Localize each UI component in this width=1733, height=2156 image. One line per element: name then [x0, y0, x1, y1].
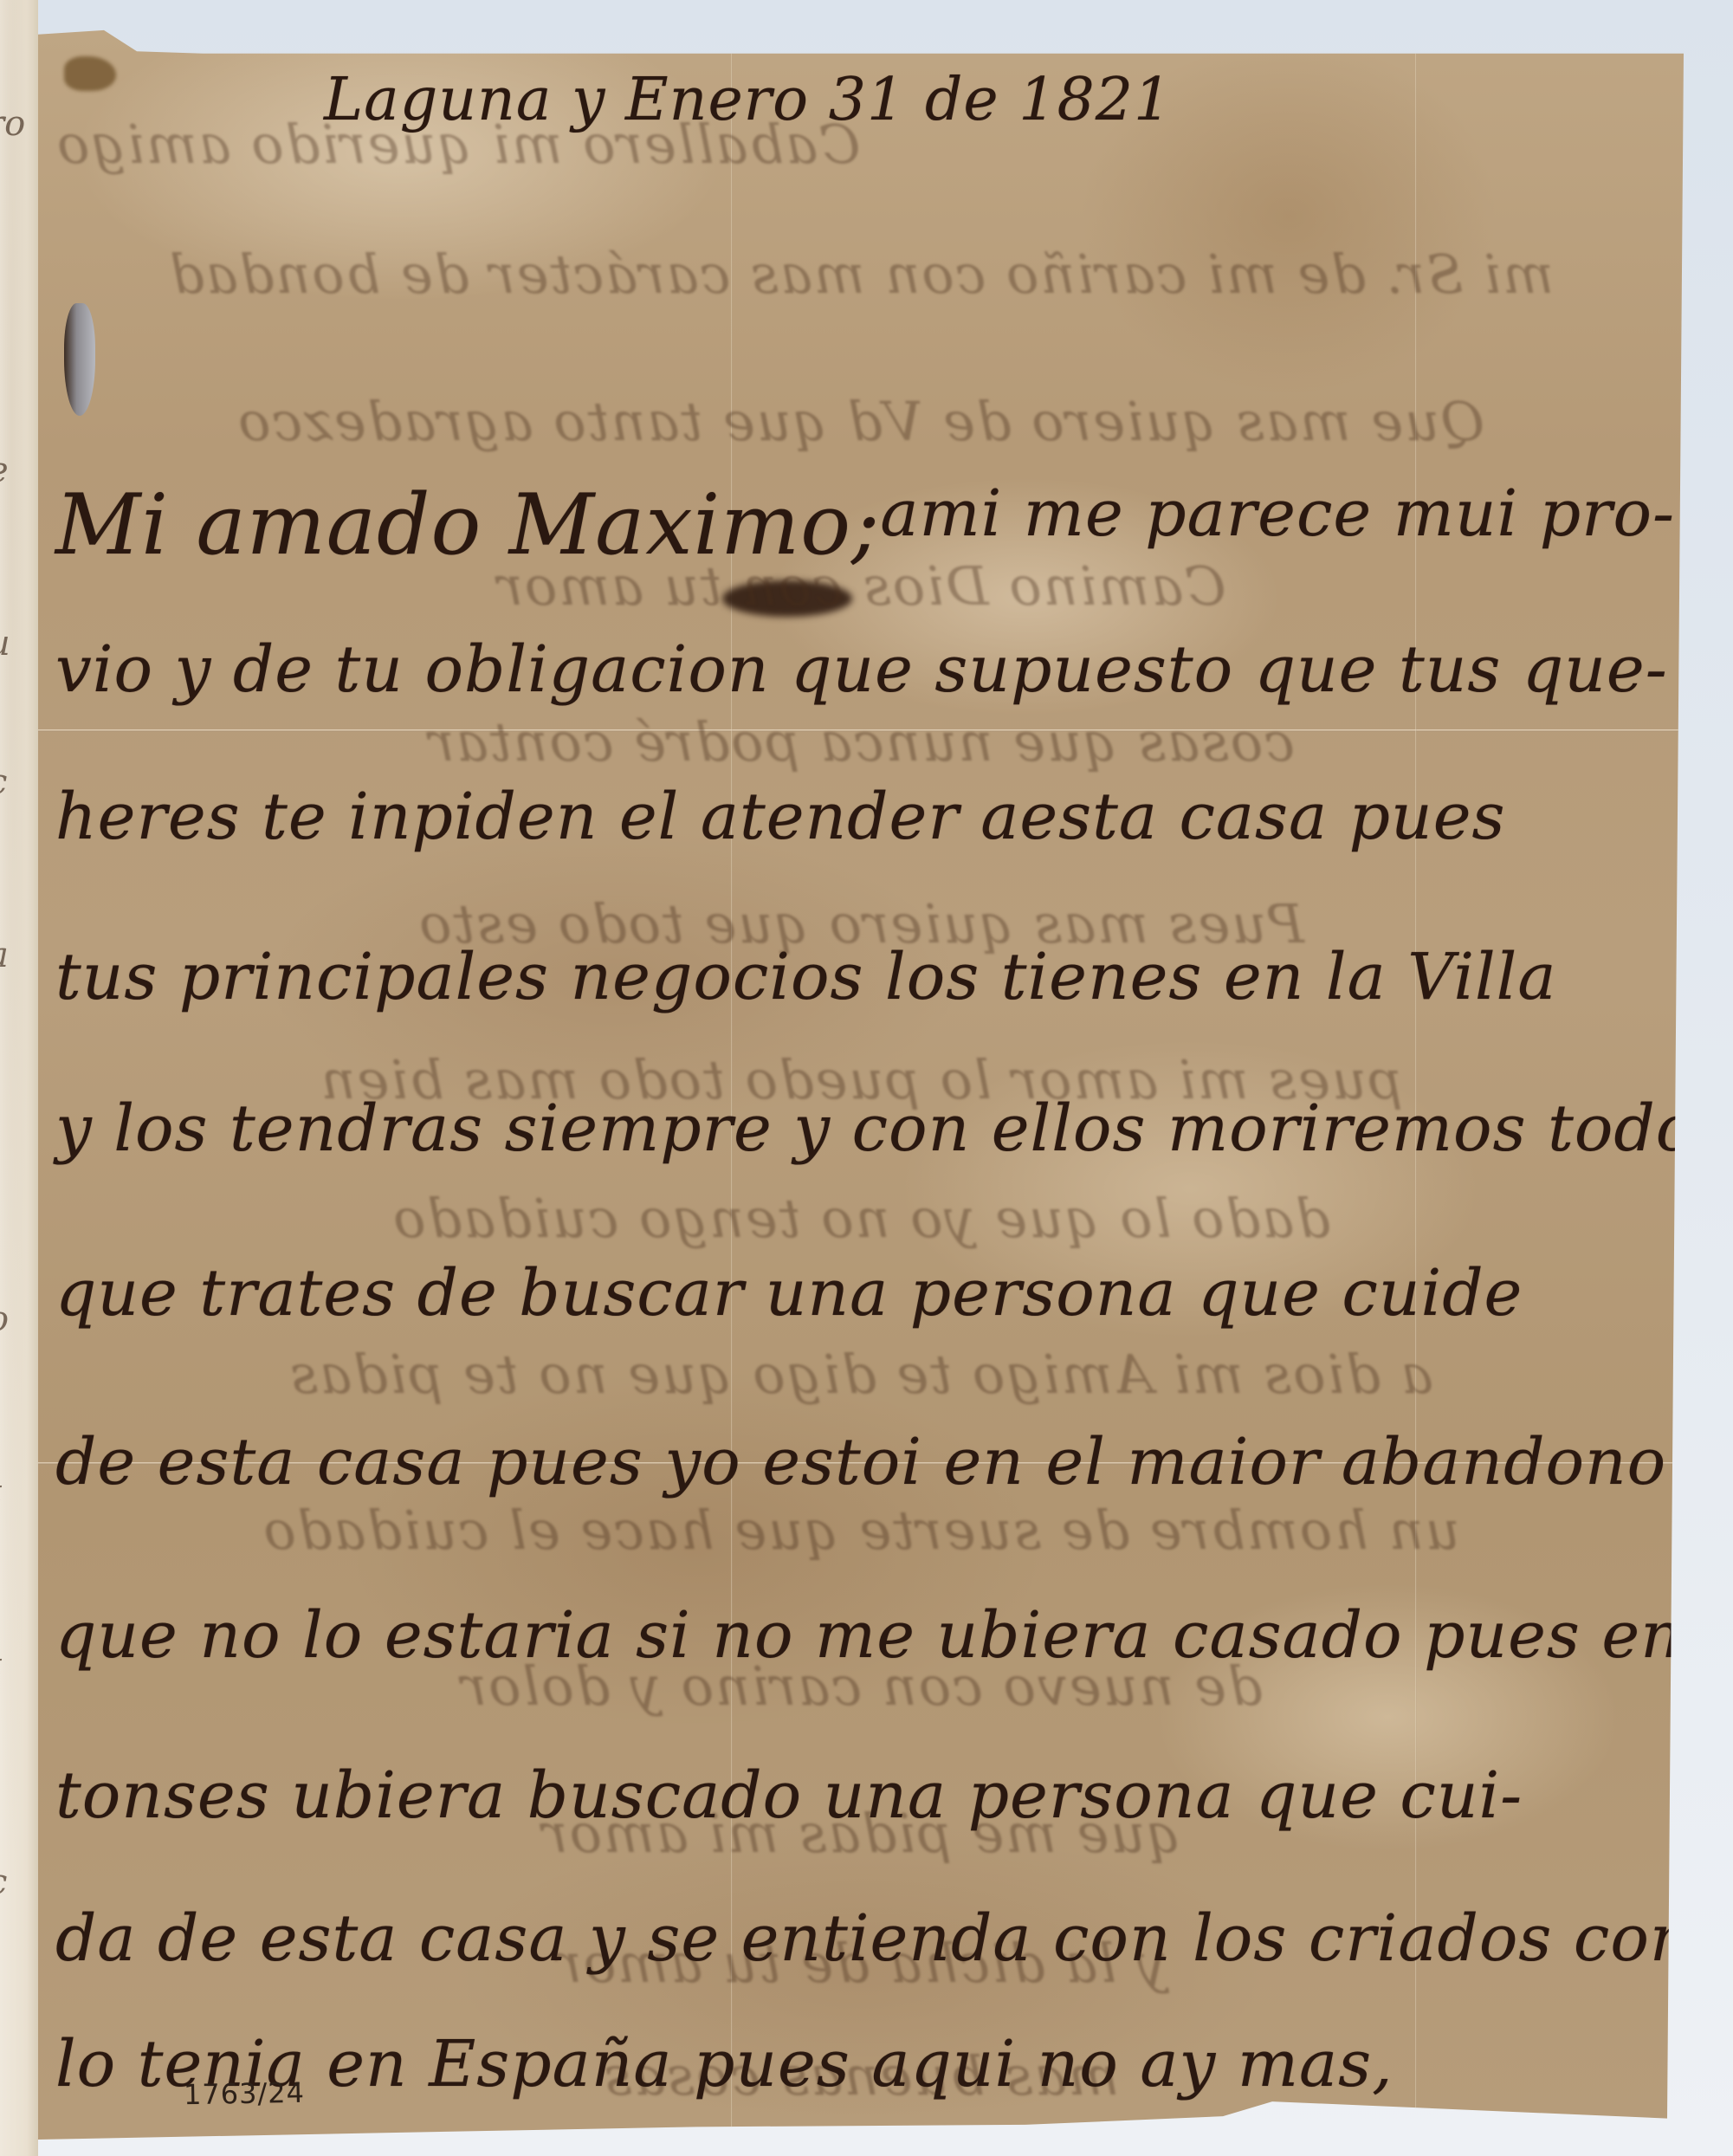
- margin-mark: t: [0, 1646, 2, 1686]
- margin-mark: t: [0, 1473, 2, 1512]
- archive-catalog-number: 1763/24: [184, 2076, 306, 2111]
- body-line: tus principales negocios los tienes en l…: [55, 940, 1666, 1014]
- bleed-through-line: dado lo que yo no tengo cuidado: [38, 1187, 1684, 1250]
- bleed-through-line: un hombre de suerte que hace el cuidado: [38, 1499, 1684, 1562]
- bleed-through-line: cosas que nunca podré contar: [38, 710, 1684, 774]
- body-line-text: que no lo estaria si no me ubiera casado…: [55, 1598, 1683, 1673]
- salutation-continuation: ami me parece mui pro-: [880, 476, 1675, 573]
- body-line-text: y los tendras siempre y con ellos morire…: [55, 1091, 1729, 1166]
- body-line: que no lo estaria si no me ubiera casado…: [55, 1598, 1666, 1673]
- letter-sheet: Caballero mi querido amigo mi Sr. de mi …: [38, 26, 1684, 2140]
- margin-mark: a: [0, 936, 9, 975]
- body-line-text: tus principales negocios los tienes en l…: [55, 940, 1556, 1014]
- body-line: de esta casa pues yo estoi en el maior a…: [55, 1425, 1666, 1499]
- margin-mark: o: [0, 1299, 9, 1339]
- salutation: Mi amado Maximo;: [55, 476, 880, 573]
- margin-mark: ro: [0, 104, 25, 144]
- body-line-text: da de esta casa y se entienda con los cr…: [55, 1901, 1733, 1976]
- body-line: vio y de tu obligacion que supuesto que …: [55, 632, 1666, 707]
- body-line-text: tonses ubiera buscado una persona que cu…: [55, 1758, 1523, 1833]
- body-line: que trates de buscar una persona que cui…: [55, 1256, 1666, 1331]
- margin-mark: c: [0, 1862, 7, 1902]
- margin-mark: c: [0, 762, 7, 802]
- body-line: y los tendras siempre y con ellos morire…: [55, 1091, 1666, 1166]
- body-line: da de esta casa y se entienda con los cr…: [55, 1901, 1666, 1976]
- ink-stain: [64, 56, 116, 91]
- adjacent-page-marks: ro e u c a i o t t c: [0, 0, 38, 2156]
- bleed-through-line: mi Sr. de mi cariño con mas carácter de …: [38, 243, 1684, 306]
- margin-mark: e: [0, 450, 9, 490]
- body-line-text: heres te inpiden el atender aesta casa p…: [55, 780, 1505, 854]
- body-line-text: de esta casa pues yo estoi en el maior a…: [55, 1425, 1666, 1499]
- bleed-through-line: Que mas quiero de Vd que tanto agradezco: [38, 390, 1684, 453]
- bleed-through-line: a dios mi Amigo te digo que no te pidas: [38, 1343, 1684, 1406]
- dateline: Laguna y Enero 31 de 1821: [324, 66, 1172, 134]
- body-line-text: que trates de buscar una persona que cui…: [55, 1256, 1523, 1331]
- body-line: tonses ubiera buscado una persona que cu…: [55, 1758, 1666, 1833]
- body-line-text: vio y de tu obligacion que supuesto que …: [55, 632, 1668, 707]
- body-line: heres te inpiden el atender aesta casa p…: [55, 780, 1666, 854]
- margin-mark: u: [0, 624, 10, 664]
- salutation-line: Mi amado Maximo; ami me parece mui pro-: [55, 476, 1666, 573]
